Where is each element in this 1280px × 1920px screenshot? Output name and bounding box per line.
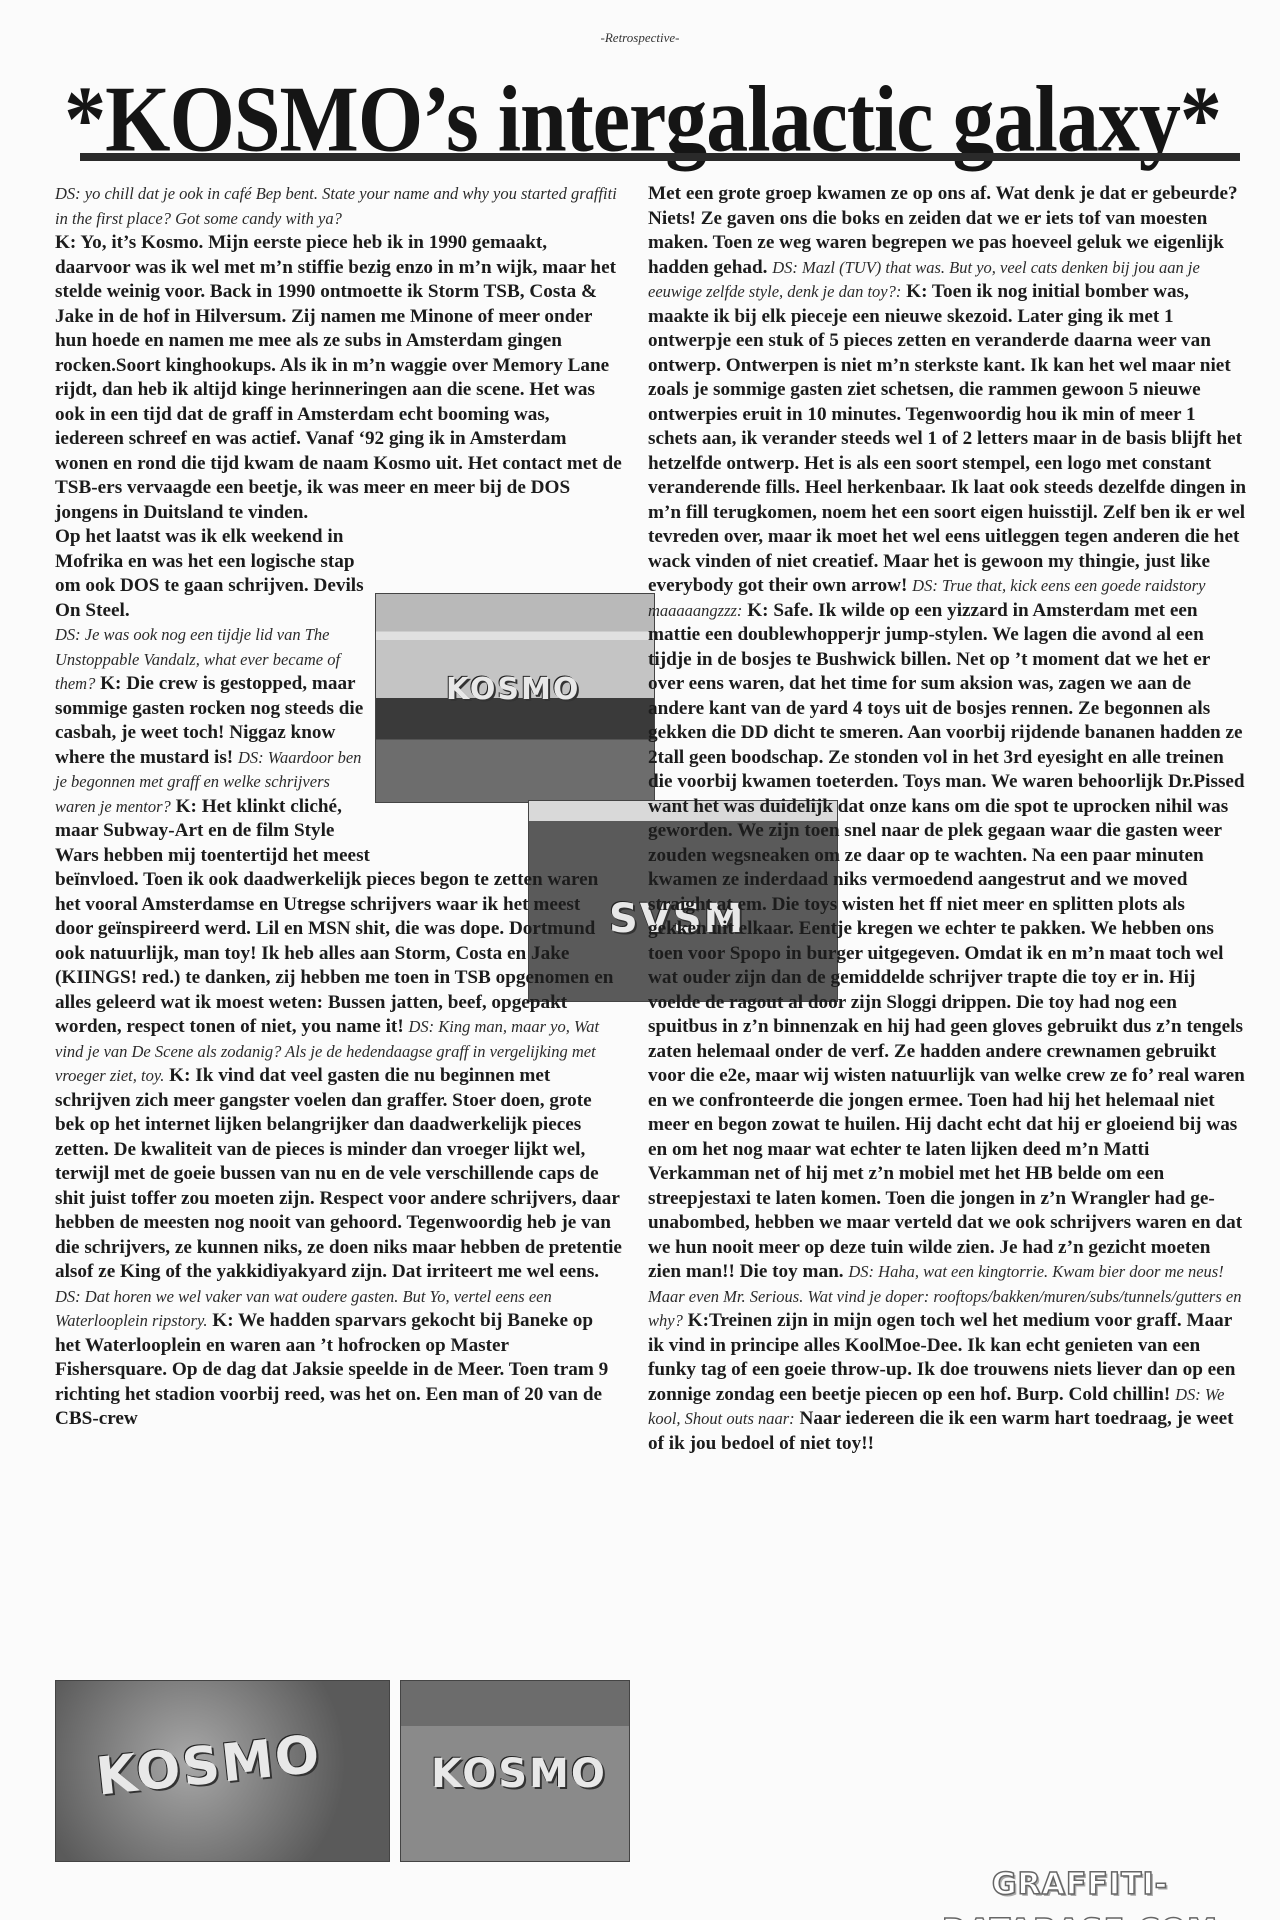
photo-wall-kosmo-right: KOSMO — [400, 1680, 630, 1862]
photo-wall-kosmo-left: KOSMO — [55, 1680, 390, 1862]
right-column: Met een grote groep kwamen ze op ons af.… — [648, 182, 1248, 1456]
interviewer-question: DS: yo chill dat je ook in café Bep bent… — [55, 184, 617, 228]
kosmo-answer: Op het laatst was ik elk weekend in Mofr… — [55, 526, 364, 621]
left-column: DS: yo chill dat je ook in café Bep bent… — [55, 182, 623, 1432]
kosmo-answer: K: Yo, it’s Kosmo. Mijn eerste piece heb… — [55, 232, 622, 523]
section-kicker: -Retrospective- — [0, 30, 1280, 46]
kosmo-answer: K:Treinen zijn in mijn ogen toch wel het… — [648, 1310, 1235, 1405]
train-photo-spacer — [373, 525, 623, 855]
kosmo-answer: K: Toen ik nog initial bomber was, maakt… — [648, 281, 1246, 596]
kosmo-answer: K: Ik vind dat veel gasten die nu beginn… — [55, 1065, 622, 1282]
photo-graffiti-label: KOSMO — [93, 1724, 324, 1807]
kosmo-answer: K: Safe. Ik wilde op een yizzard in Amst… — [648, 600, 1245, 1283]
title-rule — [80, 153, 1240, 161]
watermark-logo: GRAFFITI-DATABASE.COM — [895, 1862, 1265, 1908]
photo-graffiti-label: KOSMO — [431, 1751, 607, 1797]
